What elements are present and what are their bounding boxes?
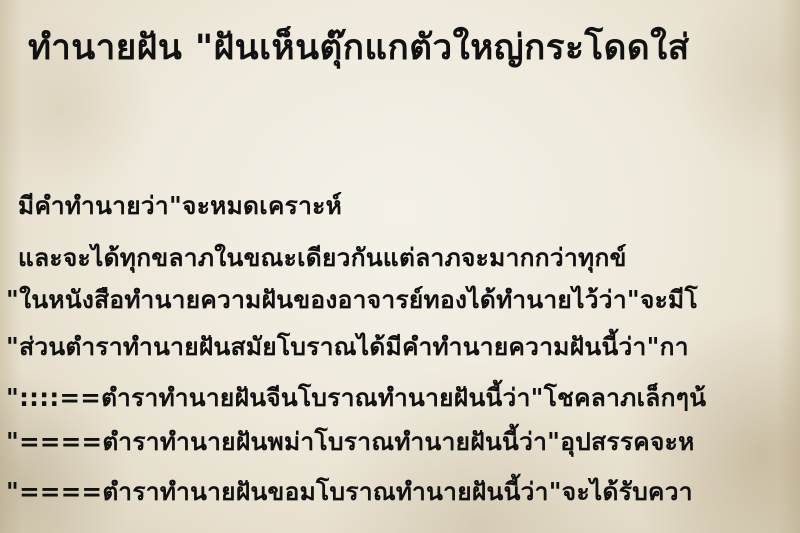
khmer-textbook-prediction-line: "====ตำราทำนายฝันขอมโบราณทำนายฝันนี้ว่า"… bbox=[6, 472, 693, 512]
teacher-thong-prediction-line: "ในหนังสือทำนายความฝันของอาจารย์ทองได้ทำ… bbox=[6, 280, 698, 320]
burmese-textbook-prediction-line: "====ตำราทำนายฝันพม่าโบราณทำนายฝันนี้ว่า… bbox=[6, 422, 695, 462]
prediction-detail-line: และจะได้ทุกขลาภในขณะเดียวกันแต่ลาภจะมากก… bbox=[18, 238, 627, 278]
page-title: ทำนายฝัน "ฝันเห็นตุ๊กแกตัวใหญ่กระโดดใส่ bbox=[28, 20, 690, 76]
ancient-textbook-prediction-line: "ส่วนตำราทำนายฝันสมัยโบราณได้มีคำทำนายคว… bbox=[6, 327, 689, 367]
chinese-textbook-prediction-line: "::::==ตำราทำนายฝันจีนโบราณทำนายฝันนี้ว่… bbox=[6, 378, 706, 418]
prediction-summary-line: มีคำทำนายว่า"จะหมดเคราะห์ bbox=[18, 186, 342, 226]
